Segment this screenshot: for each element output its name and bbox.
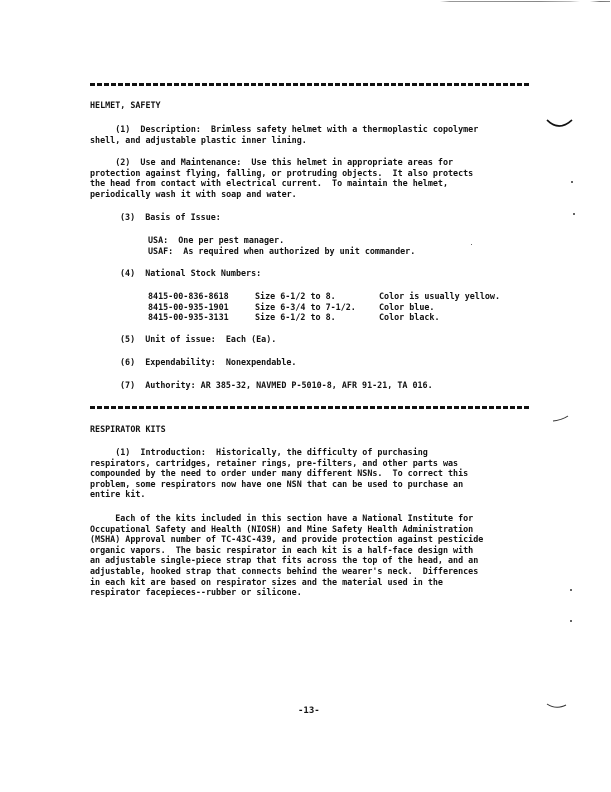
nsn-table: 8415-00-836-8618 Size 6-1/2 to 8. Color … bbox=[148, 291, 500, 323]
nsn-row: 8415-00-935-3131 Size 6-1/2 to 8. Color … bbox=[148, 312, 500, 323]
nsn-color: Color is usually yellow. bbox=[379, 291, 500, 302]
page-number: -13- bbox=[298, 706, 320, 716]
speck bbox=[571, 181, 573, 183]
speck bbox=[570, 620, 572, 622]
helmet-unit-of-issue: (5) Unit of issue: Each (Ea). bbox=[120, 334, 276, 345]
nsn-size: Size 6-1/2 to 8. bbox=[255, 312, 379, 323]
section-divider bbox=[90, 406, 530, 409]
respirator-kits-paragraph: Each of the kits included in this sectio… bbox=[90, 513, 540, 598]
nsn-size: Size 6-1/2 to 8. bbox=[255, 291, 379, 302]
nsn-value: 8415-00-935-1901 bbox=[148, 302, 255, 313]
nsn-row: 8415-00-836-8618 Size 6-1/2 to 8. Color … bbox=[148, 291, 500, 302]
helmet-description: (1) Description: Brimless safety helmet … bbox=[90, 124, 540, 145]
nsn-color: Color black. bbox=[379, 312, 440, 323]
helmet-use-maintenance: (2) Use and Maintenance: Use this helmet… bbox=[90, 157, 540, 199]
helmet-authority: (7) Authority: AR 385-32, NAVMED P-5010-… bbox=[120, 380, 433, 391]
helmet-nsn-heading: (4) National Stock Numbers: bbox=[120, 268, 261, 279]
nsn-color: Color blue. bbox=[379, 302, 434, 313]
speck bbox=[570, 589, 572, 591]
margin-mark-icon bbox=[546, 703, 568, 711]
helmet-basis-heading: (3) Basis of Issue: bbox=[120, 212, 221, 223]
margin-mark-icon bbox=[552, 415, 572, 423]
helmet-basis-usa: USA: One per pest manager. bbox=[148, 235, 284, 246]
nsn-row: 8415-00-935-1901 Size 6-3/4 to 7-1/2. Co… bbox=[148, 302, 500, 313]
helmet-basis-usaf: USAF: As required when authorized by uni… bbox=[148, 246, 415, 257]
margin-mark-icon bbox=[545, 118, 575, 132]
nsn-size: Size 6-3/4 to 7-1/2. bbox=[255, 302, 379, 313]
document-page: HELMET, SAFETY (1) Description: Brimless… bbox=[0, 0, 611, 792]
speck bbox=[573, 213, 575, 215]
scan-artifact bbox=[440, 1, 610, 2]
nsn-value: 8415-00-836-8618 bbox=[148, 291, 255, 302]
section-title-respirator-kits: RESPIRATOR KITS bbox=[90, 424, 166, 435]
respirator-introduction: (1) Introduction: Historically, the diff… bbox=[90, 447, 540, 500]
section-title-helmet: HELMET, SAFETY bbox=[90, 100, 161, 111]
speck bbox=[471, 244, 472, 245]
nsn-value: 8415-00-935-3131 bbox=[148, 312, 255, 323]
helmet-expendability: (6) Expendability: Nonexpendable. bbox=[120, 357, 296, 368]
section-divider bbox=[90, 83, 530, 86]
